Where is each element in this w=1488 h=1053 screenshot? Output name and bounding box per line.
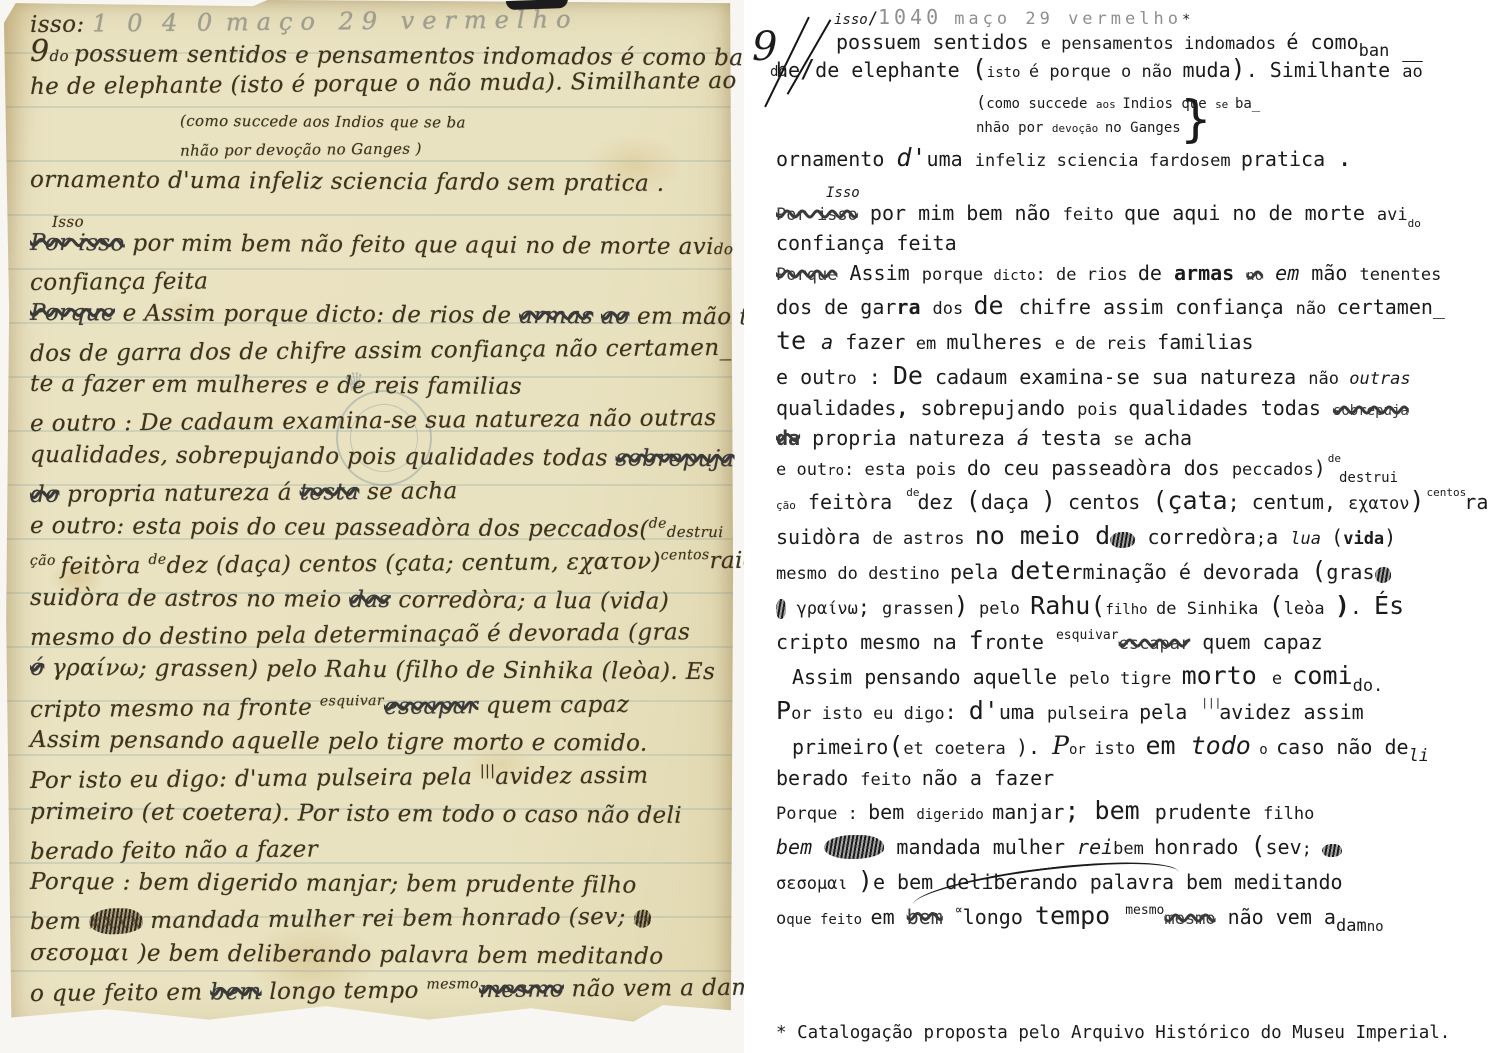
text-segment: qualidades, sobrepujando pois qualidades… [30,441,616,471]
text-segment: pelo [1069,669,1120,689]
text-segment: filho [1105,602,1156,618]
text-segment: do [714,240,734,258]
text-segment: Sinhika [1187,599,1269,619]
text-line: Assim pensando aquelle pelo tigre morto … [30,728,726,758]
text-line: Porque : bem digerido manjar; bem pruden… [776,797,1478,825]
text-segment: a [1266,525,1290,549]
text-segment: fazer [845,330,905,354]
text-segment: bem [210,979,262,1005]
text-segment: σεσομαι )e bem deliberando palavra bem m… [30,940,664,970]
text-segment: dez [918,490,966,514]
text-segment: li [1409,747,1429,766]
text-segment: Assim pensando [792,665,973,689]
text-segment: centos [661,548,710,564]
text-line: qualidades, sobrepujando pois qualidades… [30,442,726,472]
text-segment: ω [776,599,786,619]
text-segment: de [1156,599,1187,619]
text-segment: isso [834,12,868,28]
text-segment: e pensamentos [1041,34,1184,54]
text-segment: não [1014,201,1062,225]
text-line: e outro: esta pois do ceu passeadòra dos… [776,457,1478,480]
text-segment: familias [1157,330,1253,354]
text-segment: e de [1055,334,1106,354]
text-segment: raios [1464,490,1488,514]
text-segment: Assim pensando aquelle pelo tigre morto … [30,727,648,757]
text-segment: passeadòra [1051,456,1183,480]
text-segment: rminação [1070,560,1178,584]
text-segment: γραίνω; grassen) pelo Rahu (filho de Sin… [44,655,715,685]
text-segment: pois [1077,400,1128,420]
text-segment: assim [1304,700,1364,724]
text-segment: dam [1336,917,1367,936]
text-segment: á [1017,426,1029,450]
text-segment: se [1215,98,1235,111]
text-segment: ra [896,295,932,319]
text-segment: P [1052,731,1069,760]
text-segment: qualidades [1128,396,1260,420]
text-segment: manjar [992,800,1064,824]
text-segment [593,304,601,330]
text-segment: 9 [30,34,50,69]
text-segment: filho [1263,804,1314,824]
text-line: bem xxxxx mandada mulher reibem honrado … [776,832,1478,860]
text-segment: vida [1343,529,1384,549]
text-segment: mesmo [479,976,564,1003]
text-segment: examina-se [1019,365,1151,389]
text-segment: maço 29 vermelho [226,5,579,36]
text-segment: e out [776,460,827,480]
text-line: primeiro (et coetera). Por isto em todo … [30,799,726,829]
text-segment: bem [776,835,824,859]
text-line: Por isso por mim bem não feito que aqui … [30,231,726,261]
text-segment: e Assim porque dicto: de rios de [115,301,519,329]
text-segment: em [871,905,907,929]
text-segment: dos [1184,456,1232,480]
text-segment: bem [30,909,89,936]
text-segment: Indios [1122,96,1181,112]
text-segment: feito [860,770,921,790]
text-line: (como succede aos Indios que se ba [30,105,726,135]
text-segment: feitòra [61,553,149,580]
text-segment: natureza [1200,365,1308,389]
text-line: he de elephante (isto é porque o não mud… [30,69,726,100]
text-segment: leòa [1284,599,1335,619]
text-line: nhão por devoção no Ganges} [776,114,1478,137]
text-segment: por [858,201,918,225]
text-segment: / [868,9,878,29]
text-segment: todas [1261,396,1333,420]
manuscript-text: isso: 1 0 4 0 maço 29 vermelho9do possue… [30,8,726,1023]
text-segment: é como [1286,30,1358,54]
text-segment: ronte [984,630,1056,654]
text-segment: como succede [986,96,1096,112]
text-segment: escapar [1119,634,1191,654]
text-segment: pelo [969,599,1030,619]
text-segment: pratica [1241,147,1337,171]
text-segment: não vem a dam [564,975,754,1003]
text-segment: longo tempo [261,978,426,1005]
text-line: berado feito não a fazer [776,767,1478,790]
text-segment: avidez assim [495,763,648,790]
text-segment: xx [633,910,651,928]
text-line: ção feitòra dedez (daça ) centos (çata; … [776,487,1478,515]
text-line: ó γραίνω; grassen) pelo Rahu (filho de S… [30,656,726,686]
text-segment: (como succede aos Indios que se ba [180,111,466,131]
text-line: Por isto eu digo: d'uma pulseira pela ||… [776,697,1478,725]
text-segment: de [974,291,1019,320]
text-segment: ro [827,463,844,479]
text-line: Isso [776,179,1478,202]
text-segment: mandada mulher [884,835,1077,859]
text-line: te a fazer em mulheres e de reis familia… [776,327,1478,355]
text-segment: Porque [776,804,848,824]
text-segment: mesmo [1164,909,1215,929]
text-segment: mão [1311,261,1359,285]
text-segment: não vem a [1216,905,1336,929]
text-line: isso: 1 0 4 0 maço 29 vermelho [30,5,726,38]
text-segment: Por isso [30,230,125,257]
text-segment: devoção [1052,122,1105,135]
text-segment: tenentes [1359,265,1441,285]
text-segment: por mim bem não feito que aqui no de mor… [125,230,714,260]
text-segment: eiro [840,735,888,759]
text-segment: de elephante [815,58,972,82]
text-segment: de [148,552,166,568]
text-segment: a [821,330,845,354]
text-segment: centos [1056,490,1152,514]
text-line: o que feito em bem longo tempo mesmomesm… [30,975,726,1007]
text-segment: de [1138,261,1174,285]
text-segment: certamen_ [1337,295,1445,319]
text-segment: he de elephante (isto é porque o não mud… [30,68,737,100]
text-segment: esquivar [1056,628,1119,643]
text-line: suidòra de astros no meio das corredòra;… [30,586,726,616]
text-segment: dos de gar [776,295,896,319]
text-line: confiança feita [776,232,1478,254]
text-segment: nhão por devoção no Ganges ) [180,140,422,160]
text-segment: honrado [1154,835,1250,859]
text-segment: Assim [837,261,921,285]
text-segment: isto [1094,739,1145,759]
text-line: Porque e Assim porque dicto: de rios de … [30,301,726,331]
text-segment: é devorada [1179,560,1311,584]
text-segment: ro [836,369,856,389]
text-segment: feito [820,912,871,928]
transcription-panel: 9 do isso/1040 maço 29 vermelho*possuem … [744,0,1488,1053]
text-segment: nhão por [976,120,1052,136]
text-segment: do [1408,218,1421,230]
text-segment: sobrepujando [921,396,1078,420]
text-segment: no [1246,268,1263,284]
text-segment: no de morte [1232,201,1377,225]
text-segment: berado feito não a fazer [30,836,318,865]
text-segment: sev [1266,835,1302,859]
text-line: te a fazer em mulheres e de reis familia… [30,372,726,402]
text-line: (como succede aos Indios que se ba_ [776,90,1478,113]
text-line: isso/1040 maço 29 vermelho* [776,6,1478,29]
catalog-footnote: * Catalogação proposta pelo Arquivo Hist… [776,1023,1450,1043]
text-segment: dos de garra dos de chifre assim confian… [30,335,732,367]
text-segment: no [1105,120,1130,136]
text-segment: ornamento [776,147,896,171]
text-line: Porque Assim porque dicto: de rios de ar… [776,262,1478,285]
text-segment: caso não de [1276,735,1408,759]
text-segment: ção [30,553,61,569]
text-segment: testa [1029,426,1113,450]
text-segment: infeliz sciencia [975,151,1149,171]
text-segment: do. [1353,677,1384,696]
text-segment: em [1145,731,1190,760]
text-segment: çata [1167,486,1227,515]
text-segment: ba_ [1235,96,1260,112]
text-segment: ( [1331,525,1343,549]
text-segment: não a fazer [922,766,1054,790]
text-segment: ). [1016,735,1052,759]
text-segment: : [848,804,868,824]
text-segment: no [1367,920,1384,936]
text-segment: ção [776,499,796,512]
text-line: oque feito em bem ∝longo tempo mesmomesm… [776,902,1478,930]
text-segment: avidez [1219,700,1303,724]
text-segment: o que feito em [30,979,210,1007]
text-segment: possuem sentidos [836,30,1041,54]
text-segment: mandada mulher rei bem honrado (sev; [142,904,633,934]
document-scan-and-transcription: ♛ isso: 1 0 4 0 maço 29 vermelho9do poss… [0,0,1488,1053]
text-line: 9do possuem sentidos e pensamentos indom… [30,35,726,72]
text-segment: fardo [1149,151,1200,171]
text-segment: De [893,361,923,390]
text-segment: em [905,334,946,354]
text-segment: suidòra de astros no meio [30,585,349,613]
text-segment: confiança feita [30,269,209,297]
text-segment: ) [1231,54,1246,83]
text-line: e outro : De cadaum examina-se sua natur… [30,406,726,437]
text-segment: he [776,58,800,82]
text-line: bem xxxx mandada mulher rei bem honrado … [30,904,726,935]
text-segment: ) [1384,525,1396,549]
text-segment: ( [1152,486,1167,515]
text-line: dos de garra dos de chifre assim confian… [30,336,726,367]
text-line: ornamento d'uma infeliz sciencia fardo s… [30,168,726,198]
text-line: suidòra de astros no meio dxxx corredòra… [776,522,1478,550]
text-segment: porque [922,265,994,285]
text-segment: corredòra [1135,525,1255,549]
text-segment: peccados [1232,460,1314,480]
text-segment: mulheres [946,330,1054,354]
text-segment: Rahu [1030,591,1090,620]
text-line: dos de garra dos de chifre assim confian… [776,292,1478,320]
text-line: confiança feita [30,265,726,296]
text-segment: em [1263,261,1311,285]
text-segment: ao [1402,62,1422,82]
text-segment: tigre [1120,669,1181,689]
text-segment: destrui [667,523,724,541]
text-segment: de [1328,453,1341,465]
text-segment: indomados [1184,34,1286,54]
text-segment: ( [976,93,986,113]
text-segment: esquivar [320,693,384,710]
text-segment: primeiro (et coetera). Por isto em todo … [30,798,682,828]
text-line: berado feito não a fazer [30,834,726,865]
text-segment [942,5,954,29]
text-segment: mesmo [426,976,479,992]
text-segment: σεσομαι [776,874,858,894]
text-segment: e outro: esta pois do ceu passeadòra dos… [30,513,649,543]
text-segment: te a fazer em mulheres e de reis familia… [30,371,522,400]
text-segment: 1040 [878,5,942,29]
text-segment: mesmo [1125,903,1164,918]
text-line: da propria natureza á testa se acha [776,427,1478,450]
text-segment: propria natureza á [59,480,300,508]
text-segment: aquelle [973,665,1069,689]
text-segment: morto [1182,661,1272,690]
text-segment: de [906,487,919,499]
text-line: ção feitòra dedez (daça) centos (çata; c… [30,548,726,580]
text-segment: d' [896,143,926,172]
text-segment: εχατον [1348,494,1409,514]
text-segment: do [30,482,60,508]
text-segment: quem capaz [478,691,629,718]
text-segment: no meio d [975,521,1110,550]
text-segment: rei [1077,835,1113,859]
text-segment: isto eu digo [822,704,945,724]
text-segment: ) [1041,486,1056,515]
manuscript-panel: ♛ isso: 1 0 4 0 maço 29 vermelho9do poss… [0,0,744,1053]
text-segment: confiança feita [776,231,957,255]
text-segment: Por isso [776,205,858,225]
text-line: Porque : bem digerido manjar; bem pruden… [30,870,726,900]
text-segment: ) [954,591,969,620]
text-segment: pulseira [1047,704,1139,724]
text-segment: ( [1090,591,1105,620]
text-segment: : de rios [1036,265,1138,285]
text-segment: uma [999,700,1047,724]
text-segment: dicto [993,268,1035,284]
text-line: ω γραίνω; grassen) pelo Rahu(filho de Si… [776,592,1478,620]
text-segment: feito [1063,205,1124,225]
text-segment: * [1182,12,1190,28]
text-line: cripto mesmo na fronte esquivarescapar q… [776,627,1478,655]
text-segment: do [49,47,74,65]
text-segment: sem [1200,151,1241,171]
text-segment: ( [1269,591,1284,620]
text-segment: ; [1256,529,1266,549]
text-segment: te [776,326,821,355]
text-segment: ban [1359,42,1390,61]
text-segment: assim [1103,295,1175,319]
text-segment: e [1272,669,1292,689]
text-line: do propria natureza á testa se acha [30,477,726,508]
text-segment: dos [933,299,974,319]
text-segment: xx [1375,567,1392,583]
text-segment: ; [858,595,882,619]
text-segment: corredòra; a lua (vida) [391,587,670,615]
text-segment: pois [916,460,967,480]
text-segment: muda [1182,58,1230,82]
text-segment: ) [1409,486,1424,515]
text-segment: de astros [872,529,974,549]
text-segment: Isso [52,213,84,231]
text-segment: cripto mesmo na fronte [30,694,320,723]
text-segment: , [896,396,920,420]
text-segment: gras [1326,560,1374,584]
text-segment: ceu [1003,456,1051,480]
text-segment: sobrepuja [615,445,734,472]
text-segment: bem [868,800,916,824]
text-segment: outras [1349,369,1410,389]
text-segment: que [786,912,820,928]
text-segment: avi [1377,205,1408,225]
text-segment: das [349,587,391,613]
text-segment: ) [858,866,873,895]
text-segment: ornamento d'uma infeliz sciencia fardo s… [30,167,665,197]
text-segment: e out [776,365,836,389]
text-segment: que aqui [1124,201,1232,225]
text-segment: sua [1152,365,1200,389]
text-segment: f [969,626,984,655]
text-segment: propria natureza [800,426,1017,450]
text-segment: o [776,909,786,929]
text-line: Por isso por mim bem não feito que aqui … [776,202,1478,225]
text-segment: cadaum [923,365,1019,389]
text-segment: escapar [384,693,478,720]
text-segment: ( [1311,556,1326,585]
text-segment: : [857,365,893,389]
text-segment: ||| [1201,697,1221,709]
text-segment: : esta [844,460,916,480]
text-segment: mim bem [918,201,1014,225]
text-segment: P [776,696,791,725]
text-segment: isto [987,65,1029,81]
text-segment: . [1350,595,1374,619]
text-segment: reis [1106,334,1157,354]
text-segment: dez (daça) centos (çata; centum, εχατον) [166,549,660,579]
text-segment: xxx [1110,532,1135,548]
text-segment: ) [1314,456,1326,480]
text-segment: 1 0 4 0 [92,8,218,37]
text-segment: d' [969,696,999,725]
text-segment: digerido [916,807,992,823]
text-segment: pela [1139,700,1199,724]
text-segment: ||| [480,763,495,779]
text-segment [218,10,226,36]
text-segment: ó [30,655,44,681]
text-segment: : [945,700,969,724]
text-segment: cripto mesmo na [776,630,969,654]
text-segment: sobrepuja [1333,403,1409,419]
text-segment: bem [1095,796,1155,825]
text-segment: prudente [1155,800,1263,824]
text-segment: quem capaz [1190,630,1322,654]
text-segment: mesmo do destino [776,564,950,584]
text-segment: ao [601,304,630,330]
text-segment: . [1337,143,1352,172]
text-line: σεσομαι )e bem deliberando palavra bem m… [30,941,726,971]
text-segment: lua [1290,529,1331,549]
text-segment: bem [1113,839,1154,859]
text-segment: suidòra [776,525,872,549]
text-line: qualidades, sobrepujando pois qualidades… [776,397,1478,420]
text-segment: não [1308,369,1349,389]
text-line: possuem sentidos e pensamentos indomados… [776,31,1478,54]
text-segment: xxxxx [824,835,884,859]
text-line: e outro : De cadaum examina-se sua natur… [776,362,1478,390]
text-segment: feitòra [796,490,904,514]
text-line: mesmo do destino pela determinaçaõ é dev… [30,620,726,651]
text-segment: uma [927,147,975,171]
text-segment: Isso [826,185,860,201]
text-segment: xxx [1322,844,1342,857]
